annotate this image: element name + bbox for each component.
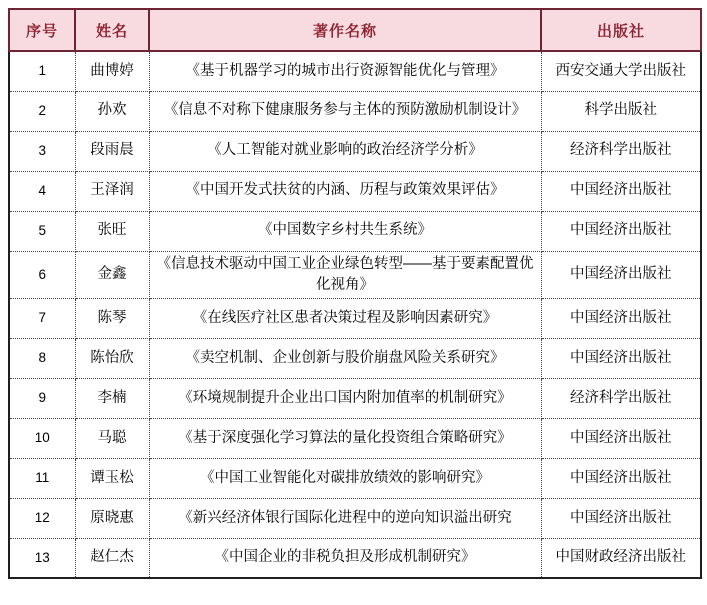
row-index-cell: 7 — [9, 298, 75, 338]
publisher-cell: 中国经济出版社 — [541, 211, 701, 251]
header-title: 著作名称 — [149, 9, 541, 51]
author-cell: 谭玉松 — [75, 458, 149, 498]
author-cell: 张旺 — [75, 211, 149, 251]
author-cell: 赵仁杰 — [75, 538, 149, 578]
author-cell: 陈怡欣 — [75, 338, 149, 378]
page: 序号 姓名 著作名称 出版社 1曲博婷《基于机器学习的城市出行资源智能优化与管理… — [0, 0, 707, 605]
publisher-cell: 中国经济出版社 — [541, 458, 701, 498]
title-cell: 《中国开发式扶贫的内涵、历程与政策效果评估》 — [149, 171, 541, 211]
author-cell: 金鑫 — [75, 251, 149, 298]
table-row: 7陈琴《在线医疗社区患者决策过程及影响因素研究》中国经济出版社 — [9, 298, 701, 338]
header-publisher: 出版社 — [541, 9, 701, 51]
title-cell: 《基于深度强化学习算法的量化投资组合策略研究》 — [149, 418, 541, 458]
title-cell: 《中国企业的非税负担及形成机制研究》 — [149, 538, 541, 578]
title-cell: 《信息技术驱动中国工业企业绿色转型——基于要素配置优化视角》 — [149, 251, 541, 298]
table-header: 序号 姓名 著作名称 出版社 — [9, 9, 701, 51]
title-cell: 《新兴经济体银行国际化进程中的逆向知识溢出研究 — [149, 498, 541, 538]
publisher-cell: 中国经济出版社 — [541, 498, 701, 538]
author-cell: 李楠 — [75, 378, 149, 418]
table-row: 1曲博婷《基于机器学习的城市出行资源智能优化与管理》西安交通大学出版社 — [9, 51, 701, 91]
title-cell: 《环境规制提升企业出口国内附加值率的机制研究》 — [149, 378, 541, 418]
table-row: 11谭玉松《中国工业智能化对碳排放绩效的影响研究》中国经济出版社 — [9, 458, 701, 498]
publisher-cell: 中国经济出版社 — [541, 298, 701, 338]
row-index-cell: 3 — [9, 131, 75, 171]
row-index-cell: 1 — [9, 51, 75, 91]
author-cell: 原晓惠 — [75, 498, 149, 538]
publisher-cell: 中国经济出版社 — [541, 418, 701, 458]
table-row: 3段雨晨《人工智能对就业影响的政治经济学分析》经济科学出版社 — [9, 131, 701, 171]
table-row: 13赵仁杰《中国企业的非税负担及形成机制研究》中国财政经济出版社 — [9, 538, 701, 578]
row-index-cell: 13 — [9, 538, 75, 578]
publisher-cell: 经济科学出版社 — [541, 378, 701, 418]
author-cell: 段雨晨 — [75, 131, 149, 171]
author-cell: 马聪 — [75, 418, 149, 458]
publisher-cell: 中国经济出版社 — [541, 171, 701, 211]
title-cell: 《人工智能对就业影响的政治经济学分析》 — [149, 131, 541, 171]
book-list-table: 序号 姓名 著作名称 出版社 1曲博婷《基于机器学习的城市出行资源智能优化与管理… — [8, 8, 702, 579]
table-row: 10马聪《基于深度强化学习算法的量化投资组合策略研究》中国经济出版社 — [9, 418, 701, 458]
row-index-cell: 4 — [9, 171, 75, 211]
author-cell: 曲博婷 — [75, 51, 149, 91]
publisher-cell: 科学出版社 — [541, 91, 701, 131]
author-cell: 王泽润 — [75, 171, 149, 211]
table-row: 12原晓惠《新兴经济体银行国际化进程中的逆向知识溢出研究中国经济出版社 — [9, 498, 701, 538]
row-index-cell: 9 — [9, 378, 75, 418]
row-index-cell: 8 — [9, 338, 75, 378]
author-cell: 陈琴 — [75, 298, 149, 338]
publisher-cell: 中国财政经济出版社 — [541, 538, 701, 578]
table-row: 8陈怡欣《卖空机制、企业创新与股价崩盘风险关系研究》中国经济出版社 — [9, 338, 701, 378]
title-cell: 《基于机器学习的城市出行资源智能优化与管理》 — [149, 51, 541, 91]
header-name: 姓名 — [75, 9, 149, 51]
publisher-cell: 西安交通大学出版社 — [541, 51, 701, 91]
title-cell: 《在线医疗社区患者决策过程及影响因素研究》 — [149, 298, 541, 338]
row-index-cell: 2 — [9, 91, 75, 131]
title-cell: 《中国数字乡村共生系统》 — [149, 211, 541, 251]
table-row: 6金鑫《信息技术驱动中国工业企业绿色转型——基于要素配置优化视角》中国经济出版社 — [9, 251, 701, 298]
publisher-cell: 经济科学出版社 — [541, 131, 701, 171]
row-index-cell: 6 — [9, 251, 75, 298]
publisher-cell: 中国经济出版社 — [541, 338, 701, 378]
table-body: 1曲博婷《基于机器学习的城市出行资源智能优化与管理》西安交通大学出版社2孙欢《信… — [9, 51, 701, 578]
header-row: 序号 姓名 著作名称 出版社 — [9, 9, 701, 51]
row-index-cell: 5 — [9, 211, 75, 251]
publisher-cell: 中国经济出版社 — [541, 251, 701, 298]
row-index-cell: 10 — [9, 418, 75, 458]
title-cell: 《中国工业智能化对碳排放绩效的影响研究》 — [149, 458, 541, 498]
title-cell: 《卖空机制、企业创新与股价崩盘风险关系研究》 — [149, 338, 541, 378]
table-row: 2孙欢《信息不对称下健康服务参与主体的预防激励机制设计》科学出版社 — [9, 91, 701, 131]
author-cell: 孙欢 — [75, 91, 149, 131]
title-cell: 《信息不对称下健康服务参与主体的预防激励机制设计》 — [149, 91, 541, 131]
row-index-cell: 12 — [9, 498, 75, 538]
header-index: 序号 — [9, 9, 75, 51]
table-row: 9李楠《环境规制提升企业出口国内附加值率的机制研究》经济科学出版社 — [9, 378, 701, 418]
table-row: 4王泽润《中国开发式扶贫的内涵、历程与政策效果评估》中国经济出版社 — [9, 171, 701, 211]
table-row: 5张旺《中国数字乡村共生系统》中国经济出版社 — [9, 211, 701, 251]
row-index-cell: 11 — [9, 458, 75, 498]
